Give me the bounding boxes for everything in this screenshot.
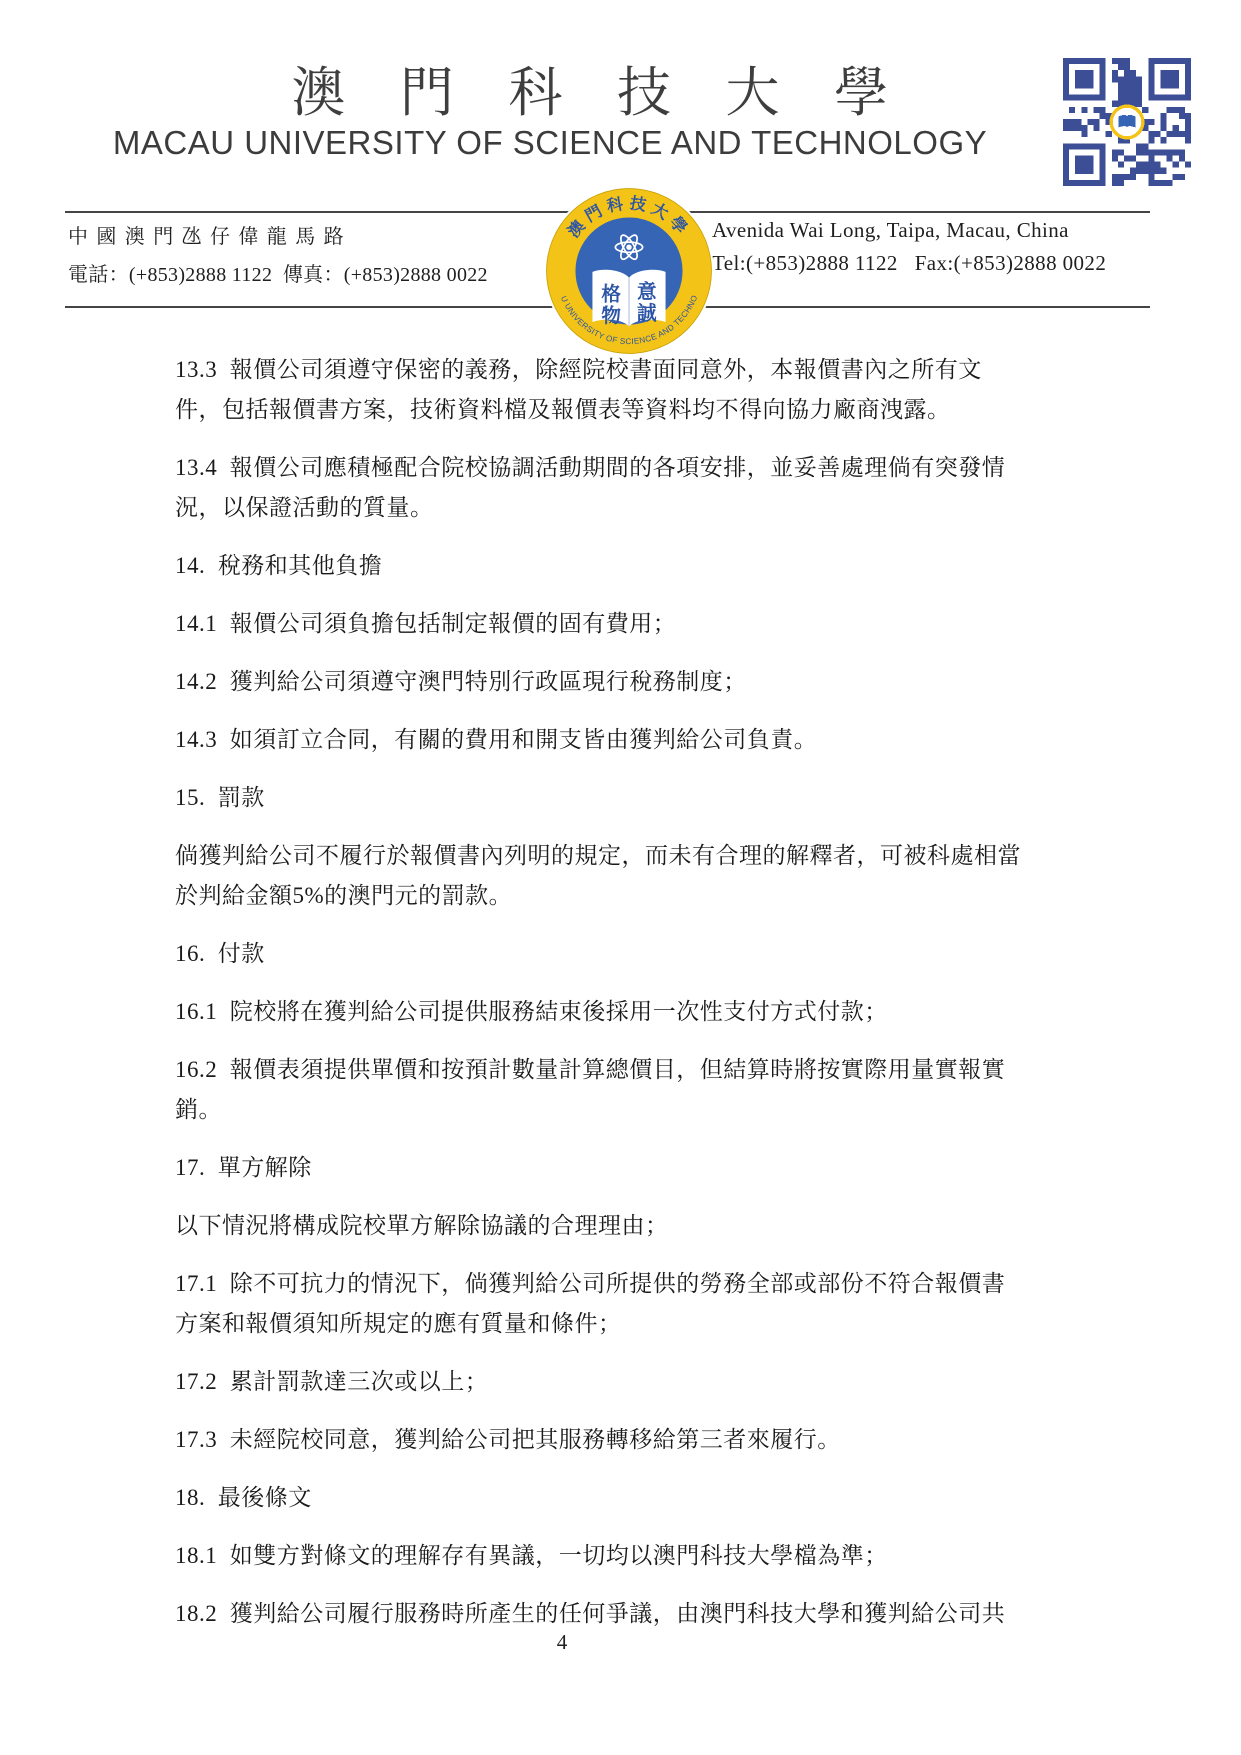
paragraph-17-intro: 以下情況將構成院校單方解除協議的合理理由； bbox=[175, 1206, 1135, 1246]
section-heading-17: 17. 單方解除 bbox=[175, 1148, 1135, 1188]
seal-motto-char-1: 格 bbox=[601, 283, 621, 306]
address-chinese: 中國澳門氹仔偉龍馬路 bbox=[68, 220, 488, 249]
page-number: 4 bbox=[0, 1630, 1124, 1655]
paragraph-15-body: 倘獲判給公司不履行於報價書內列明的規定，而未有合理的解釋者，可被科處相當 於判給… bbox=[175, 836, 1135, 916]
paragraph-14-3: 14.3 如須訂立合同，有關的費用和開支皆由獲判給公司負責。 bbox=[175, 720, 1135, 760]
qr-code-icon bbox=[1063, 58, 1191, 186]
document-body: 13.3 報價公司須遵守保密的義務，除經院校書面同意外，本報價書內之所有文 件，… bbox=[175, 350, 1135, 1652]
section-heading-18: 18. 最後條文 bbox=[175, 1478, 1135, 1518]
paragraph-14-2: 14.2 獲判給公司須遵守澳門特別行政區現行稅務制度； bbox=[175, 662, 1135, 702]
address-english: Avenida Wai Long, Taipa, Macau, China bbox=[712, 218, 1106, 243]
paragraph-16-2: 16.2 報價表須提供單價和按預計數量計算總價目，但結算時將按實際用量實報實 銷… bbox=[175, 1050, 1135, 1130]
seal-motto-char-4: 誠 bbox=[637, 302, 657, 324]
paragraph-18-2: 18.2 獲判給公司履行服務時所產生的任何爭議，由澳門科技大學和獲判給公司共 bbox=[175, 1594, 1135, 1634]
paragraph-13-3: 13.3 報價公司須遵守保密的義務，除經院校書面同意外，本報價書內之所有文 件，… bbox=[175, 350, 1135, 430]
seal-motto-char-3: 意 bbox=[637, 280, 657, 303]
phone-fax-chinese: 電話：(+853)2888 1122 傳真：(+853)2888 0022 bbox=[68, 258, 488, 287]
phone-fax-english: Tel:(+853)2888 1122 Fax:(+853)2888 0022 bbox=[712, 251, 1106, 276]
paragraph-16-1: 16.1 院校將在獲判給公司提供服務結束後採用一次性支付方式付款； bbox=[175, 992, 1135, 1032]
university-name-english: MACAU UNIVERSITY OF SCIENCE AND TECHNOLO… bbox=[0, 124, 1100, 162]
document-page: 澳 門 科 技 大 學 MACAU UNIVERSITY OF SCIENCE … bbox=[0, 0, 1241, 1755]
section-heading-15: 15. 罰款 bbox=[175, 778, 1135, 818]
university-seal-icon: 澳門科技大學 MACAU UNIVERSITY OF SCIENCE AND T… bbox=[544, 186, 714, 356]
section-heading-16: 16. 付款 bbox=[175, 934, 1135, 974]
contact-block-chinese: 中國澳門氹仔偉龍馬路 電話：(+853)2888 1122 傳真：(+853)2… bbox=[68, 220, 488, 287]
paragraph-13-4: 13.4 報價公司應積極配合院校協調活動期間的各項安排，並妥善處理倘有突發情 況… bbox=[175, 448, 1135, 528]
section-heading-14: 14. 稅務和其他負擔 bbox=[175, 546, 1135, 586]
paragraph-14-1: 14.1 報價公司須負擔包括制定報價的固有費用； bbox=[175, 604, 1135, 644]
paragraph-17-3: 17.3 未經院校同意，獲判給公司把其服務轉移給第三者來履行。 bbox=[175, 1420, 1135, 1460]
contact-block-english: Avenida Wai Long, Taipa, Macau, China Te… bbox=[712, 218, 1106, 276]
seal-motto-char-2: 物 bbox=[601, 304, 621, 327]
paragraph-17-1: 17.1 除不可抗力的情況下，倘獲判給公司所提供的勞務全部或部份不符合報價書 方… bbox=[175, 1264, 1135, 1344]
paragraph-17-2: 17.2 累計罰款達三次或以上； bbox=[175, 1362, 1135, 1402]
paragraph-18-1: 18.1 如雙方對條文的理解存有異議，一切均以澳門科技大學檔為準； bbox=[175, 1536, 1135, 1576]
university-name-chinese: 澳 門 科 技 大 學 bbox=[20, 50, 1180, 127]
